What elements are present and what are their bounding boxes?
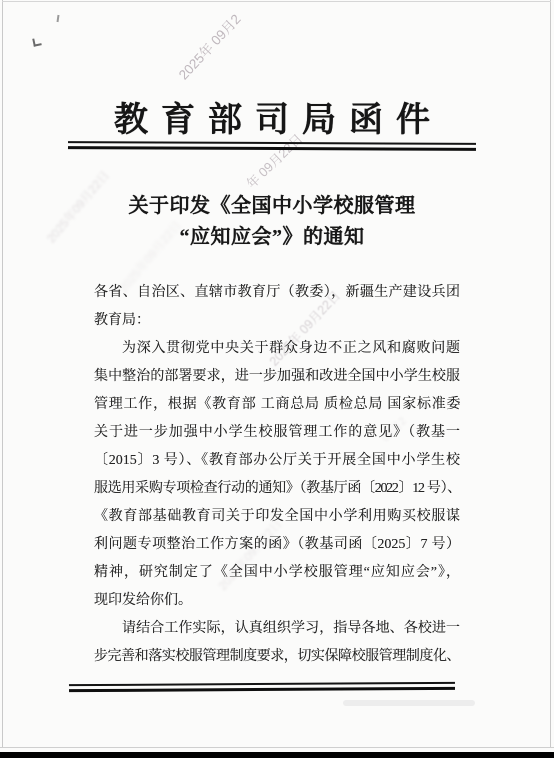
body-line: 为深入贯彻党中央关于群众身边不正之风和腐败问题 <box>94 335 460 363</box>
ink-speck <box>32 37 41 46</box>
page-edge-top <box>2 1 551 2</box>
document-title-line-2: “应知应会”》的通知 <box>68 222 476 253</box>
page-edge-right <box>550 0 551 748</box>
banner-double-rule <box>68 141 476 151</box>
page-edge-bottom <box>0 747 554 748</box>
body-line: 利问题专项整治工作方案的函》（教基司函〔2025〕7 号） <box>94 531 460 559</box>
body-line: 〔2015〕3 号）、《教育部办公厅关于开展全国中小学生校 <box>94 447 460 475</box>
ink-speck <box>57 15 60 22</box>
body-line: 服选用采购专项检查行动的通知》（教基厅函〔2022〕12 号）、 <box>94 475 460 503</box>
scanner-strip <box>0 752 554 758</box>
date-watermark: 2025年 09月2 <box>173 9 244 84</box>
salutation-line: 各省、自治区、直辖市教育厅（教委），新疆生产建设兵团 <box>94 279 460 307</box>
scan-shadow <box>343 700 475 706</box>
body-line: 请结合工作实际，认真组织学习，指导各地、各校进一 <box>94 615 460 643</box>
body-line: 关于进一步加强中小学生校服管理工作的意见》（教基一 <box>94 419 460 447</box>
body-line: 步完善和落实校服管理制度要求，切实保障校服管理制度化、 <box>94 643 460 671</box>
document-title: 关于印发《全国中小学校服管理 “应知应会”》的通知 <box>68 191 476 253</box>
page-edge-left <box>2 0 3 748</box>
letter-body: 各省、自治区、直辖市教育厅（教委），新疆生产建设兵团 教育局： 为深入贯彻党中央… <box>94 279 460 671</box>
footer-double-rule <box>69 682 455 692</box>
document-title-line-1: 关于印发《全国中小学校服管理 <box>68 191 476 222</box>
body-line: 精神，研究制定了《全国中小学校服管理“应知应会”》， <box>94 559 460 587</box>
agency-banner-title: 教育部司局函件 <box>68 92 476 141</box>
body-line: 管理工作，根据《教育部 工商总局 质检总局 国家标准委 <box>94 391 460 419</box>
body-line: 《教育部基础教育司关于印发全国中小学利用购买校服谋 <box>94 503 460 531</box>
salutation-line: 教育局： <box>94 307 460 335</box>
body-line: 集中整治的部署要求，进一步加强和改进全国中小学生校服 <box>94 363 460 391</box>
body-line: 现印发给你们。 <box>94 587 460 615</box>
scanned-document-page: 2025年 09月2 2025年09月22日 年 09月22日 2025年 09… <box>0 0 554 758</box>
